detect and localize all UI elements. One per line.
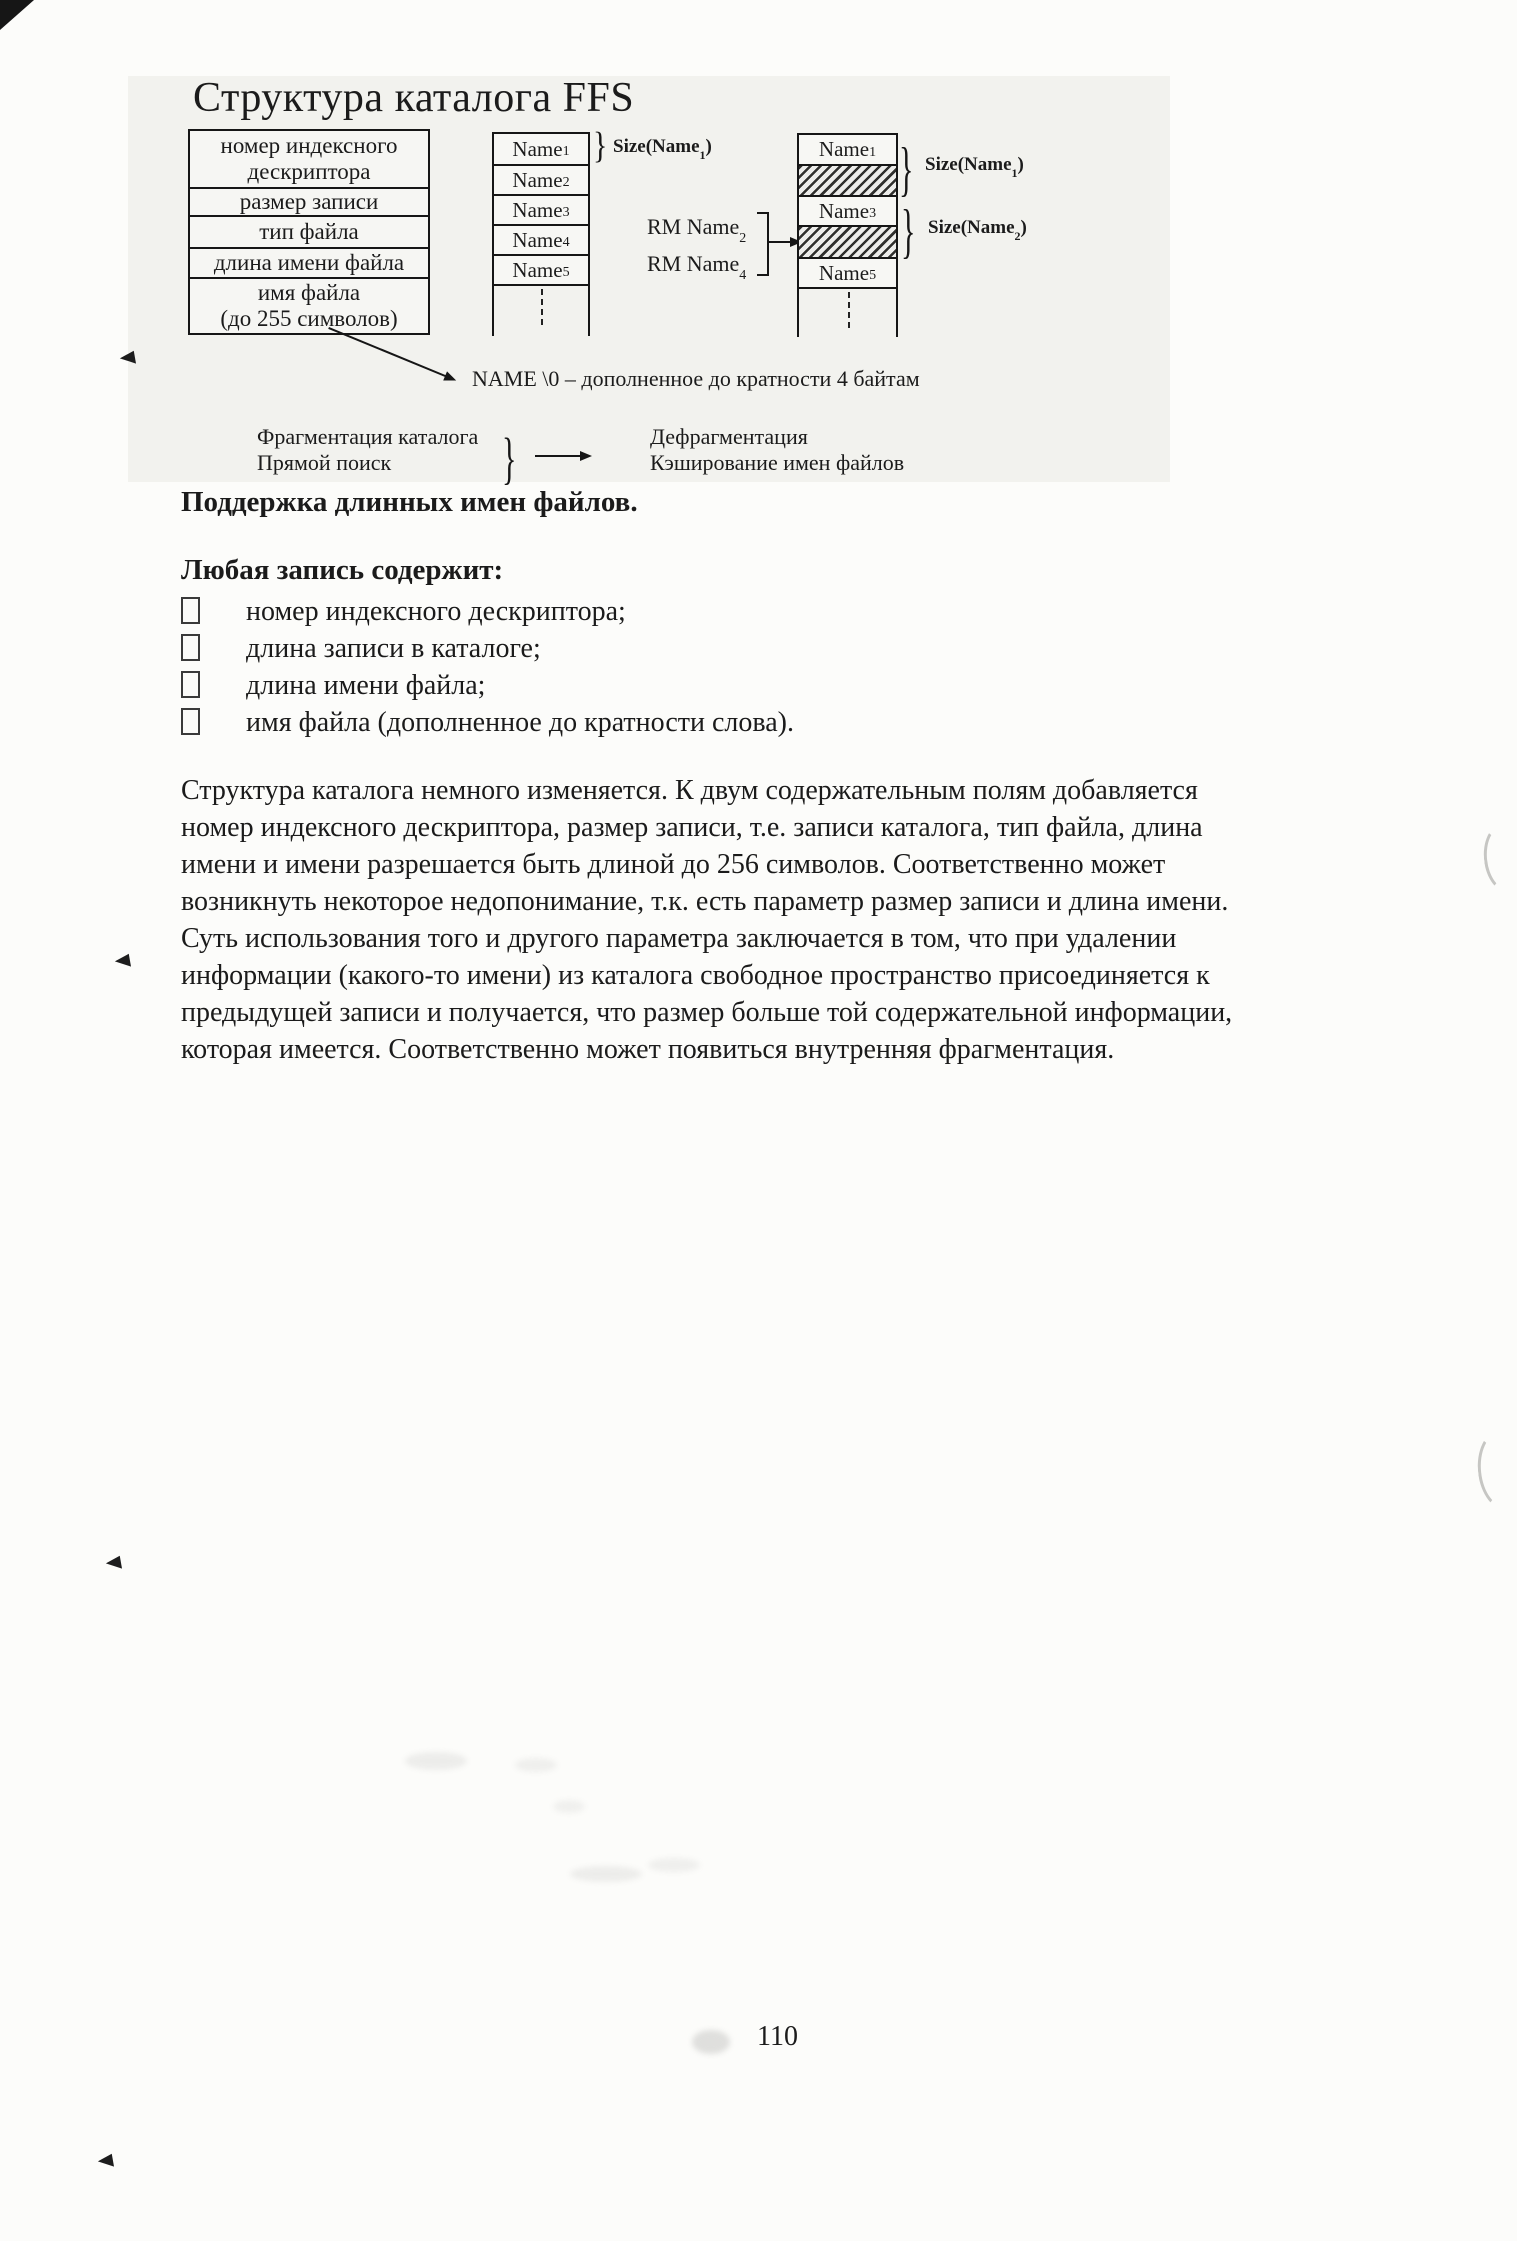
checkbox-bullet-icon (181, 634, 200, 661)
freed-space-cell (799, 225, 896, 257)
smudge-artifact (570, 1866, 642, 1882)
transition-from-line1: Фрагментация каталога (257, 424, 478, 450)
table-row: длина имени файла (190, 247, 428, 277)
transition-brace: } (502, 428, 516, 493)
smudge-artifact (553, 1800, 585, 1813)
transition-to-line1: Дефрагментация (650, 424, 808, 450)
page-edge-artifact (1481, 822, 1517, 894)
ellipsis-dashes (541, 289, 543, 325)
freed-space-cell (799, 164, 896, 195)
list-item: длина записи в каталоге; (181, 630, 794, 667)
name-cell: Name5 (799, 257, 896, 287)
row-text: (до 255 символов) (220, 306, 397, 332)
smudge-artifact (648, 1858, 700, 1872)
compacted-list-table: Name1 Name3 Name5 (797, 133, 898, 289)
page-edge-artifact (1474, 1428, 1517, 1513)
row-text: имя файла (258, 280, 360, 306)
page-title: Структура каталога FFS (193, 74, 634, 122)
checkbox-bullet-icon (181, 708, 200, 735)
paragraph-line: которая имеется. Соответственно может по… (181, 1031, 1232, 1068)
table-row: имя файла (до 255 символов) (190, 277, 428, 333)
rm-bracket (757, 212, 769, 276)
list-item-text: номер индексного дескриптора; (246, 593, 626, 630)
list-item: номер индексного дескриптора; (181, 593, 794, 630)
transition-from-line2: Прямой поиск (257, 450, 391, 476)
list-item-text: длина записи в каталоге; (246, 630, 541, 667)
size-annotation: Size(Name2) (928, 217, 1027, 239)
rm-label: RM Name4 (647, 251, 746, 277)
margin-mark-artifact (114, 954, 131, 969)
name-cell: Name3 (494, 194, 588, 224)
transition-arrow-line (535, 455, 583, 457)
page-number: 110 (757, 2021, 798, 2053)
body-paragraph: Структура каталога немного изменяется. К… (181, 772, 1232, 1068)
ellipsis-dashes (848, 292, 850, 328)
table-row: размер записи (190, 187, 428, 215)
list-item: длина имени файла; (181, 667, 794, 704)
row-text: номер индексного (221, 133, 398, 159)
name-list-continuation (492, 282, 590, 336)
checkbox-bullet-icon (181, 671, 200, 698)
transition-to-line2: Кэширование имен файлов (650, 450, 904, 476)
list-item: имя файла (дополненное до кратности слов… (181, 704, 794, 741)
bullet-list: номер индексного дескриптора; длина запи… (181, 593, 794, 741)
paragraph-line: Суть использования того и другого параме… (181, 920, 1232, 957)
row-text: дескриптора (248, 159, 371, 185)
section-subheading: Любая запись содержит: (181, 554, 503, 587)
table-row: тип файла (190, 215, 428, 247)
paragraph-line: номер индексного дескриптора, размер зап… (181, 809, 1232, 846)
size-annotation: Size(Name1) (925, 154, 1024, 176)
scanned-lecture-page: Структура каталога FFS номер индексного … (0, 0, 1517, 2241)
margin-mark-artifact (105, 1556, 122, 1571)
name-cell: Name2 (494, 164, 588, 194)
name-cell: Name1 (799, 135, 896, 164)
paragraph-line: информации (какого-то имени) из каталога… (181, 957, 1232, 994)
checkbox-bullet-icon (181, 597, 200, 624)
list-item-text: имя файла (дополненное до кратности слов… (246, 704, 794, 741)
paragraph-line: имени и имени разрешается быть длиной до… (181, 846, 1232, 883)
compacted-list-continuation (797, 285, 898, 337)
size-brace-large: } (901, 199, 915, 267)
rm-label: RM Name2 (647, 214, 746, 240)
list-item-text: длина имени файла; (246, 667, 485, 704)
transition-arrow-head (580, 451, 592, 461)
paragraph-line: Структура каталога немного изменяется. К… (181, 772, 1232, 809)
name-padding-note: NAME \0 – дополненное до кратности 4 бай… (472, 366, 920, 392)
name-cell: Name4 (494, 224, 588, 254)
paragraph-line: возникнуть некоторое недопонимание, т.к.… (181, 883, 1232, 920)
record-structure-table: номер индексного дескриптора размер запи… (188, 129, 430, 335)
size-brace-large: } (899, 137, 913, 205)
paragraph-line: предыдущей записи и получается, что разм… (181, 994, 1232, 1031)
margin-mark-artifact (119, 351, 136, 366)
name-cell: Name1 (494, 134, 588, 164)
table-row: номер индексного дескриптора (190, 131, 428, 187)
smudge-artifact (405, 1752, 467, 1770)
scan-corner-artifact (0, 0, 34, 30)
size-annotation: Size(Name1) (613, 136, 712, 158)
name-cell: Name5 (494, 254, 588, 284)
name-cell: Name3 (799, 195, 896, 225)
name-list-table: Name1 Name2 Name3 Name4 Name5 (492, 132, 590, 286)
size-brace-small: } (593, 125, 607, 168)
smudge-artifact (692, 2030, 730, 2054)
margin-mark-artifact (97, 2154, 114, 2169)
smudge-artifact (515, 1758, 557, 1772)
section-heading: Поддержка длинных имен файлов. (181, 486, 638, 519)
